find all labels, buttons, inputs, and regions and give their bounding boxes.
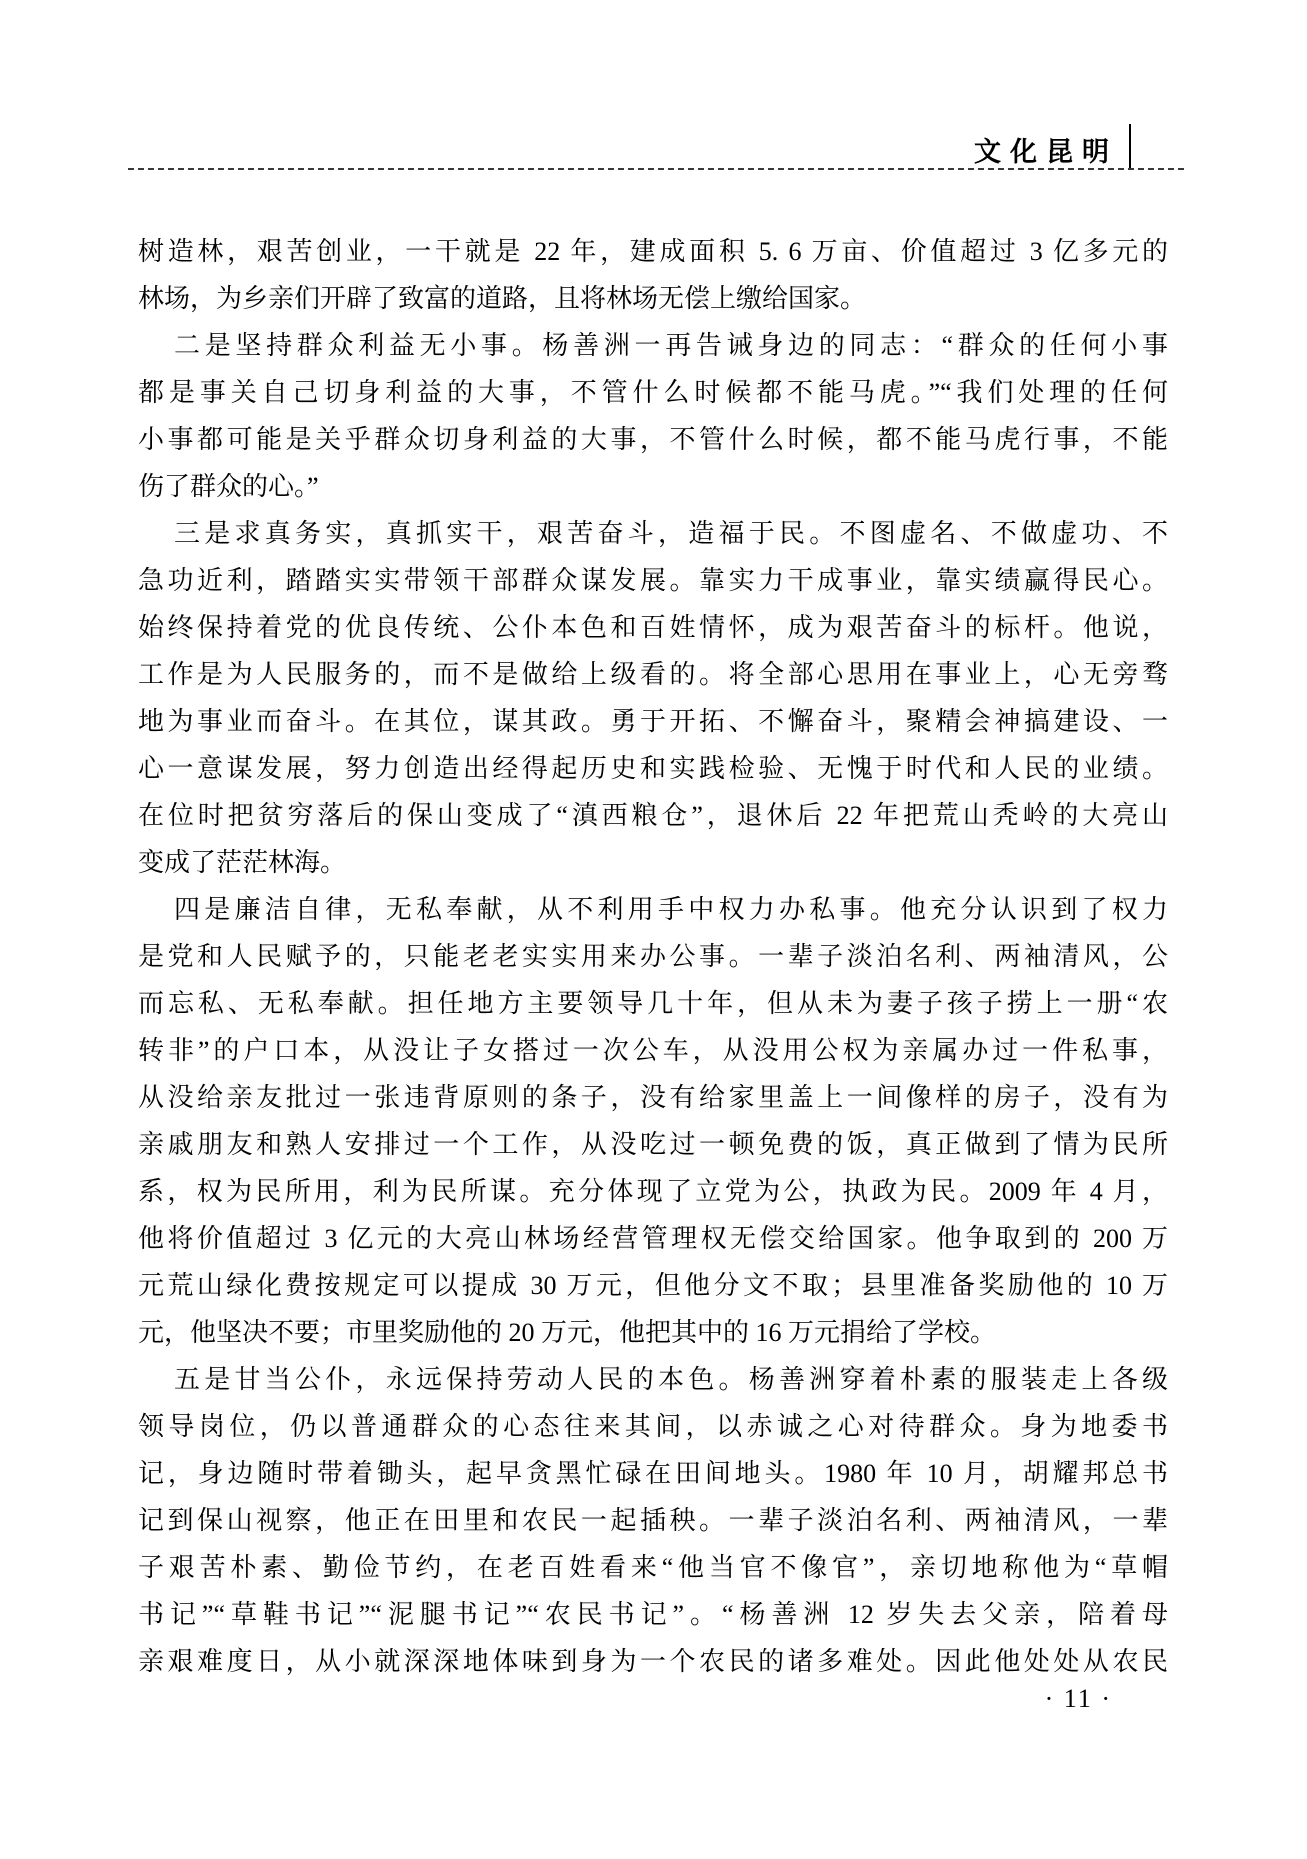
body-line: 亲艰难度日，从小就深深地体味到身为一个农民的诸多难处。因此他处处从农民 — [138, 1638, 1168, 1685]
body-line: 变成了茫茫林海。 — [138, 839, 1168, 886]
header-vertical-bar — [1129, 124, 1131, 170]
body-line: 记，身边随时带着锄头，起早贪黑忙碌在田间地头。1980 年 10 月，胡耀邦总书 — [138, 1450, 1168, 1497]
paragraph: 二是坚持群众利益无小事。杨善洲一再告诫身边的同志：“群众的任何小事都是事关自己切… — [138, 322, 1168, 510]
body-line: 小事都可能是关乎群众切身利益的大事，不管什么时候，都不能马虎行事，不能 — [138, 416, 1168, 463]
paragraph: 树造林，艰苦创业，一干就是 22 年，建成面积 5. 6 万亩、价值超过 3 亿… — [138, 228, 1168, 322]
paragraph: 三是求真务实，真抓实干，艰苦奋斗，造福于民。不图虚名、不做虚功、不急功近利，踏踏… — [138, 510, 1168, 886]
body-line: 地为事业而奋斗。在其位，谋其政。勇于开拓、不懈奋斗，聚精会神搞建设、一 — [138, 698, 1168, 745]
body-line: 记到保山视察，他正在田里和农民一起插秧。一辈子淡泊名利、两袖清风，一辈 — [138, 1497, 1168, 1544]
page-number: · 11 · — [1045, 1684, 1112, 1714]
body-line: 从没给亲友批过一张违背原则的条子，没有给家里盖上一间像样的房子，没有为 — [138, 1074, 1168, 1121]
body-line: 元荒山绿化费按规定可以提成 30 万元，但他分文不取；县里准备奖励他的 10 万 — [138, 1262, 1168, 1309]
body-text: 树造林，艰苦创业，一干就是 22 年，建成面积 5. 6 万亩、价值超过 3 亿… — [138, 228, 1168, 1685]
header-dashed-divider — [128, 168, 1184, 170]
paragraph: 四是廉洁自律，无私奉献，从不利用手中权力办私事。他充分认识到了权力是党和人民赋予… — [138, 886, 1168, 1356]
body-line: 三是求真务实，真抓实干，艰苦奋斗，造福于民。不图虚名、不做虚功、不 — [138, 510, 1168, 557]
body-line: 而忘私、无私奉献。担任地方主要领导几十年，但从未为妻子孩子捞上一册“农 — [138, 980, 1168, 1027]
body-line: 都是事关自己切身利益的大事，不管什么时候都不能马虎。”“我们处理的任何 — [138, 369, 1168, 416]
body-line: 他将价值超过 3 亿元的大亮山林场经营管理权无偿交给国家。他争取到的 200 万 — [138, 1215, 1168, 1262]
body-line: 子艰苦朴素、勤俭节约，在老百姓看来“他当官不像官”，亲切地称他为“草帽 — [138, 1544, 1168, 1591]
body-line: 五是甘当公仆，永远保持劳动人民的本色。杨善洲穿着朴素的服装走上各级 — [138, 1356, 1168, 1403]
body-line: 领导岗位，仍以普通群众的心态往来其间，以赤诚之心对待群众。身为地委书 — [138, 1403, 1168, 1450]
body-line: 林场，为乡亲们开辟了致富的道路，且将林场无偿上缴给国家。 — [138, 275, 1168, 322]
body-line: 元，他坚决不要；市里奖励他的 20 万元，他把其中的 16 万元捐给了学校。 — [138, 1309, 1168, 1356]
body-line: 在位时把贫穷落后的保山变成了“滇西粮仓”，退休后 22 年把荒山秃岭的大亮山 — [138, 792, 1168, 839]
body-line: 书记”“草鞋书记”“泥腿书记”“农民书记”。“杨善洲 12 岁失去父亲，陪着母 — [138, 1591, 1168, 1638]
body-line: 急功近利，踏踏实实带领干部群众谋发展。靠实力干成事业，靠实绩赢得民心。 — [138, 557, 1168, 604]
body-line: 亲戚朋友和熟人安排过一个工作，从没吃过一顿免费的饭，真正做到了情为民所 — [138, 1121, 1168, 1168]
body-line: 伤了群众的心。” — [138, 463, 1168, 510]
body-line: 工作是为人民服务的，而不是做给上级看的。将全部心思用在事业上，心无旁骛 — [138, 651, 1168, 698]
body-line: 树造林，艰苦创业，一干就是 22 年，建成面积 5. 6 万亩、价值超过 3 亿… — [138, 228, 1168, 275]
paragraph: 五是甘当公仆，永远保持劳动人民的本色。杨善洲穿着朴素的服装走上各级领导岗位，仍以… — [138, 1356, 1168, 1685]
body-line: 二是坚持群众利益无小事。杨善洲一再告诫身边的同志：“群众的任何小事 — [138, 322, 1168, 369]
document-page: 文化昆明 树造林，艰苦创业，一干就是 22 年，建成面积 5. 6 万亩、价值超… — [0, 0, 1307, 1859]
body-line: 转非”的户口本，从没让子女搭过一次公车，从没用公权为亲属办过一件私事， — [138, 1027, 1168, 1074]
body-line: 始终保持着党的优良传统、公仆本色和百姓情怀，成为艰苦奋斗的标杆。他说， — [138, 604, 1168, 651]
page-header-title: 文化昆明 — [974, 130, 1118, 169]
body-line: 心一意谋发展，努力创造出经得起历史和实践检验、无愧于时代和人民的业绩。 — [138, 745, 1168, 792]
body-line: 是党和人民赋予的，只能老老实实用来办公事。一辈子淡泊名利、两袖清风，公 — [138, 933, 1168, 980]
body-line: 系，权为民所用，利为民所谋。充分体现了立党为公，执政为民。2009 年 4 月， — [138, 1168, 1168, 1215]
body-line: 四是廉洁自律，无私奉献，从不利用手中权力办私事。他充分认识到了权力 — [138, 886, 1168, 933]
